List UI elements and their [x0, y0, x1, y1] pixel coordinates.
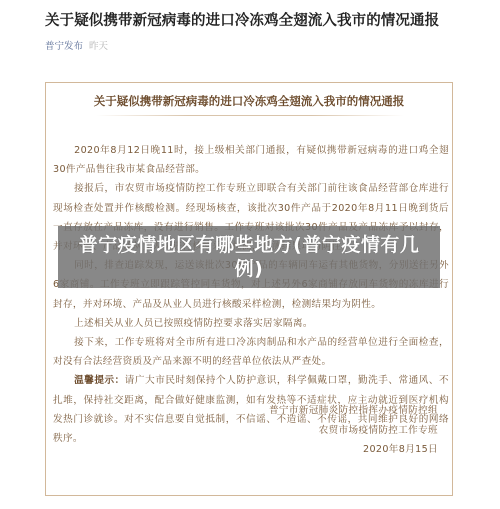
signature-block: 普宁市新冠肺炎防控指挥办疫情防控组 农贸市场疫情防控工作专班 2020年8月15… — [269, 401, 438, 460]
signature-date: 2020年8月15日 — [269, 440, 438, 460]
author-link[interactable]: 普宁发布 — [45, 41, 83, 52]
heading-divider — [96, 115, 404, 116]
document-heading: 关于疑似携带新冠病毒的进口冷冻鸡全翅流入我市的情况通报 — [46, 93, 452, 109]
overlay-banner: 普宁疫情地区有哪些地方(普宁疫情有几例) — [58, 226, 440, 288]
tip-lead: 温馨提示： — [74, 375, 125, 386]
article-meta: 普宁发布昨天 — [45, 40, 108, 54]
publish-time: 昨天 — [89, 41, 108, 52]
paragraph-isolation: 上述相关从业人员已按照疫情防控要求落实居家隔离。 — [53, 314, 449, 333]
paragraph-next-steps: 接下来，工作专班将对全市所有进口冷冻肉制品和水产品的经营单位进行全面检查，对没有… — [53, 333, 449, 371]
article-title: 关于疑似携带新冠病毒的进口冷冻鸡全翅流入我市的情况通报 — [45, 10, 475, 32]
signature-org-2: 农贸市场疫情防控工作专班 — [269, 421, 438, 441]
overlay-title: 普宁疫情地区有哪些地方(普宁疫情有几例) — [68, 233, 430, 281]
notice-document-image: 关于疑似携带新冠病毒的进口冷冻鸡全翅流入我市的情况通报 2020年8月12日晚1… — [45, 82, 453, 496]
signature-org-1: 普宁市新冠肺炎防控指挥办疫情防控组 — [269, 401, 438, 421]
paragraph-report: 2020年8月12日晚11时，接上级相关部门通报，有疑似携带新冠病毒的进口鸡全翅… — [53, 141, 449, 179]
